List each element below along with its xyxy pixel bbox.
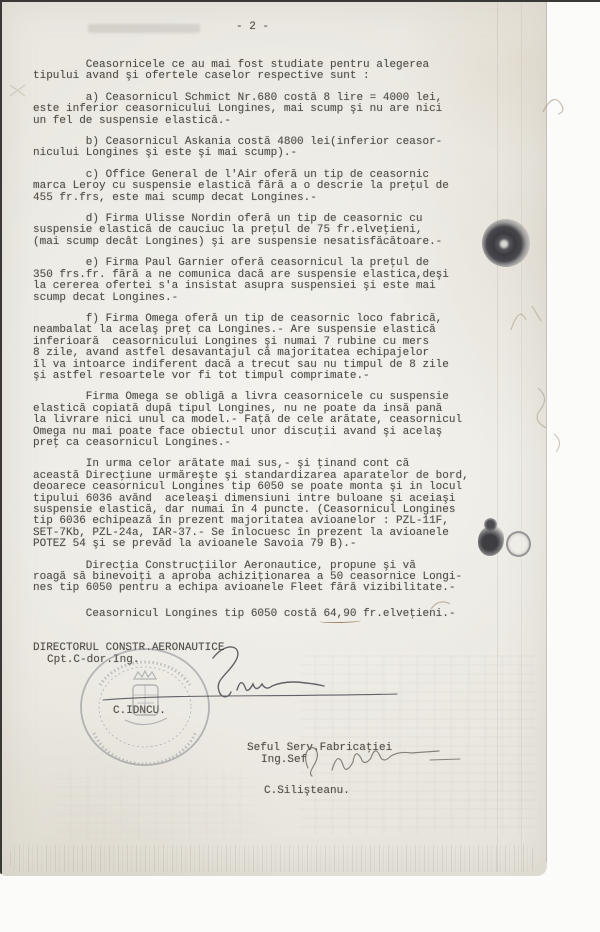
page-number: - 2 -: [236, 22, 269, 33]
fold-line: [497, 0, 498, 872]
pencil-mark: [528, 378, 572, 462]
pencil-mark: [538, 86, 572, 120]
paragraph-b-askania: b) Ceasornicul Askania costă 4800 lei(in…: [33, 137, 469, 160]
director-signature: [95, 642, 415, 712]
scan-edge-top: [0, 0, 600, 2]
pencil-mark: [505, 298, 549, 342]
paragraph-standardization: In urma celor arătate mai sus,- şi ţinan…: [33, 459, 469, 550]
price-line: Ceasornicul Longines tip 6050 costă 64,9…: [33, 609, 469, 620]
paragraph-proposal: Direcţia Construcţiilor Aeronautice, pro…: [33, 561, 469, 595]
paragraph-f-omega: f) Firma Omega oferă un tip de ceasornic…: [33, 314, 469, 382]
price-prefix: Ceasornicul Longines tip 6050 costă: [33, 608, 323, 620]
paragraph-c-leroy: c) Office General de l'Air oferă un tip …: [33, 170, 469, 204]
ink-ring-mark: [506, 531, 531, 557]
paragraph-e-paul-garnier: e) Firma Paul Garnier oferă ceasornicul …: [33, 258, 469, 304]
paragraph-omega-obligation: Firma Omega se obligă a livra ceasornice…: [33, 392, 469, 449]
document-body: Ceasornicele ce au mai fost studiate pen…: [33, 60, 469, 630]
ink-blot-small: [484, 518, 497, 531]
pencil-mark: [428, 596, 454, 616]
fold-line: [521, 0, 522, 872]
paragraph-a-schmict: a) Ceasornicul Schmict Nr.680 costă 8 li…: [33, 93, 469, 127]
pencil-mark: [6, 78, 32, 104]
chief-signature: [292, 738, 477, 786]
paragraph-d-ulisse-nordin: d) Firma Ulisse Nordin oferă un tip de c…: [33, 214, 469, 248]
price-amount-underlined: 64,90: [323, 609, 356, 620]
paragraph-intro: Ceasornicele ce au mai fost studiate pen…: [33, 60, 469, 83]
ink-blot-large: [482, 219, 530, 267]
chief-name: C.Silişteanu.: [264, 786, 350, 797]
faint-registry-stamp: [88, 24, 200, 33]
bottom-edge-texture: [10, 845, 535, 872]
scan-edge-left: [0, 0, 2, 874]
